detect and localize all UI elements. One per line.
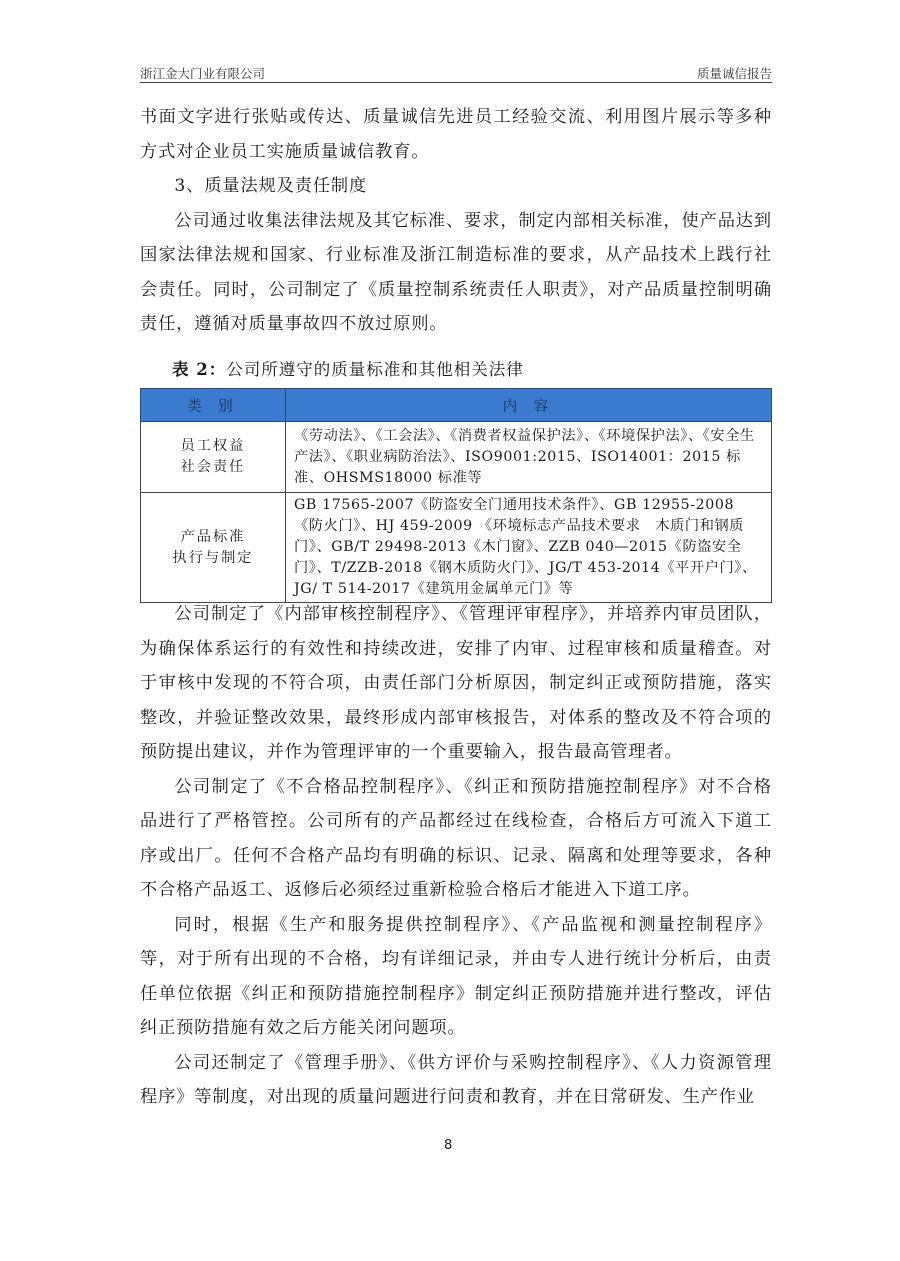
column-header-category: 类 别 bbox=[141, 389, 286, 422]
table-row: 员工权益 社会责任 《劳动法》、《工会法》、《消费者权益保护法》、《环境保护法》… bbox=[141, 422, 772, 493]
paragraph: 书面文字进行张贴或传达、质量诚信先进员工经验交流、利用图片展示等多种方式对企业员… bbox=[140, 100, 772, 169]
page-number: 8 bbox=[444, 1138, 452, 1153]
paragraph: 公司制定了《内部审核控制程序》、《管理评审程序》，并培养内审员团队，为确保体系运… bbox=[140, 597, 772, 770]
main-section: 公司制定了《内部审核控制程序》、《管理评审程序》，并培养内审员团队，为确保体系运… bbox=[140, 597, 772, 1115]
paragraph: 公司还制定了《管理手册》、《供方评价与采购控制程序》、《人力资源管理程序》等制度… bbox=[140, 1046, 772, 1115]
table-caption-label: 表 2： bbox=[172, 360, 226, 379]
category-line: 产品标准 bbox=[149, 527, 277, 548]
table-row: 产品标准 执行与制定 GB 17565-2007《防盗安全门通用技术条件》、GB… bbox=[141, 493, 772, 603]
table-header-row: 类 别 内 容 bbox=[141, 389, 772, 422]
paragraph: 公司通过收集法律法规及其它标准、要求，制定内部相关标准，使产品达到国家法律法规和… bbox=[140, 204, 772, 342]
category-line: 员工权益 bbox=[149, 436, 277, 457]
company-name: 浙江金大门业有限公司 bbox=[140, 64, 265, 82]
intro-section: 书面文字进行张贴或传达、质量诚信先进员工经验交流、利用图片展示等多种方式对企业员… bbox=[140, 100, 772, 342]
table-caption-text: 公司所遵守的质量标准和其他相关法律 bbox=[226, 360, 524, 379]
category-line: 社会责任 bbox=[149, 457, 277, 478]
paragraph: 公司制定了《不合格品控制程序》、《纠正和预防措施控制程序》对不合格品进行了严格管… bbox=[140, 770, 772, 908]
category-cell: 产品标准 执行与制定 bbox=[141, 493, 286, 603]
report-title: 质量诚信报告 bbox=[697, 64, 772, 82]
standards-table: 类 别 内 容 员工权益 社会责任 《劳动法》、《工会法》、《消费者权益保护法》… bbox=[140, 388, 772, 603]
section-heading: 3、质量法规及责任制度 bbox=[140, 169, 772, 204]
content-cell: GB 17565-2007《防盗安全门通用技术条件》、GB 12955-2008… bbox=[286, 493, 772, 603]
content-cell: 《劳动法》、《工会法》、《消费者权益保护法》、《环境保护法》、《安全生产法》、《… bbox=[286, 422, 772, 493]
paragraph: 同时，根据《生产和服务提供控制程序》、《产品监视和测量控制程序》等，对于所有出现… bbox=[140, 908, 772, 1046]
column-header-content: 内 容 bbox=[286, 389, 772, 422]
category-line: 执行与制定 bbox=[149, 548, 277, 569]
page-header: 浙江金大门业有限公司 质量诚信报告 bbox=[140, 62, 772, 83]
table-caption: 表 2：公司所遵守的质量标准和其他相关法律 bbox=[172, 356, 524, 380]
category-cell: 员工权益 社会责任 bbox=[141, 422, 286, 493]
